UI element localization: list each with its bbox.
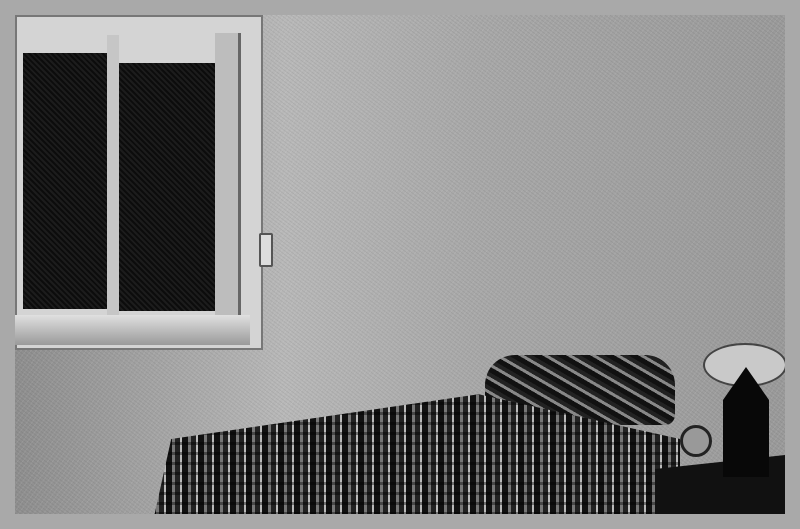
- bedroom-photo: [15, 15, 785, 514]
- window-sill: [15, 315, 250, 345]
- window-sash: [215, 33, 241, 333]
- window-mullion: [107, 35, 119, 325]
- window-handle: [259, 233, 273, 267]
- window: [15, 15, 263, 350]
- alarm-clock-icon: [680, 425, 712, 457]
- window-pane-left: [23, 53, 107, 309]
- window-pane-right: [119, 63, 215, 311]
